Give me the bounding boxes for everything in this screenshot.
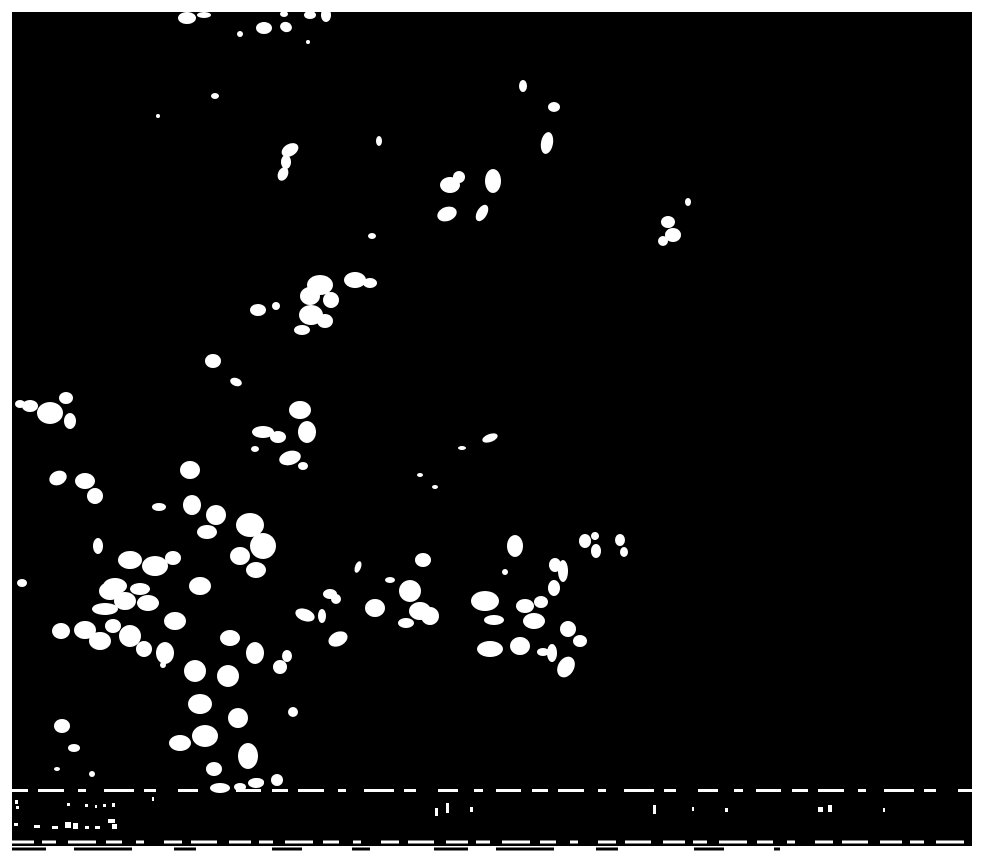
text-remnant-speck: [112, 824, 117, 829]
particle: [620, 547, 628, 557]
text-remnant-speck: [470, 807, 473, 812]
text-remnant-speck: [108, 819, 115, 823]
particle: [17, 579, 27, 587]
particle: [89, 632, 111, 650]
text-remnant-speck: [85, 826, 89, 829]
particle: [365, 599, 385, 617]
particle: [471, 591, 499, 611]
particle: [484, 615, 504, 625]
particle: [205, 354, 221, 368]
particle: [192, 725, 218, 747]
particle: [206, 762, 222, 776]
particle: [164, 612, 186, 630]
particle: [220, 630, 240, 646]
particle: [615, 534, 625, 546]
particle: [64, 413, 76, 429]
particle: [549, 558, 561, 572]
text-remnant-speck: [725, 808, 728, 812]
particle: [142, 556, 168, 576]
particle: [510, 637, 530, 655]
particle: [92, 603, 118, 615]
particle: [516, 599, 534, 613]
particle: [417, 473, 423, 477]
particle: [87, 488, 103, 504]
particle: [432, 485, 438, 489]
particle: [59, 392, 73, 404]
image-area: [12, 12, 972, 846]
particle: [399, 580, 421, 602]
particle: [477, 641, 503, 657]
text-remnant-speck: [112, 803, 115, 807]
text-remnant-speck: [653, 805, 656, 814]
particle: [548, 580, 560, 596]
particle: [523, 613, 545, 629]
particle: [188, 694, 212, 714]
particle: [658, 236, 668, 246]
particle: [419, 558, 429, 566]
particle: [298, 421, 316, 443]
particle: [137, 595, 159, 611]
particle: [37, 402, 63, 424]
particle: [317, 314, 333, 328]
particle: [118, 551, 142, 569]
particle: [280, 11, 288, 17]
text-remnant-speck: [34, 825, 40, 828]
text-remnant-speck: [152, 797, 154, 801]
particle: [579, 534, 591, 548]
particle: [228, 708, 248, 728]
text-remnant-speck: [65, 822, 71, 828]
particle: [197, 525, 217, 539]
particle: [271, 774, 283, 786]
particle: [591, 544, 601, 558]
particle: [534, 596, 548, 608]
particle: [519, 80, 527, 92]
particle: [169, 735, 191, 751]
micrograph-figure: [0, 0, 985, 859]
particle: [385, 577, 395, 583]
particle: [184, 660, 206, 682]
particle: [344, 272, 366, 288]
particle: [288, 707, 298, 717]
text-remnant-speck: [95, 805, 97, 808]
particle: [661, 216, 675, 228]
text-remnant-speck: [52, 826, 58, 829]
particle: [298, 462, 308, 470]
text-remnant-speck: [15, 800, 18, 804]
particle: [156, 114, 160, 118]
particle: [237, 31, 243, 37]
particle: [217, 665, 239, 687]
particle: [246, 642, 264, 664]
particle: [160, 662, 166, 668]
particle: [256, 22, 272, 34]
particle: [211, 93, 219, 99]
particle: [246, 562, 266, 578]
particle: [75, 473, 95, 489]
particle: [282, 650, 292, 662]
particle: [547, 644, 557, 662]
particle: [685, 198, 691, 206]
particle: [54, 767, 60, 771]
particle: [130, 583, 150, 595]
particle: [183, 495, 201, 515]
particle: [458, 446, 466, 450]
particle: [22, 400, 38, 412]
text-remnant-speck: [14, 823, 18, 826]
particle: [300, 287, 320, 305]
particle: [304, 11, 316, 19]
particle: [376, 136, 382, 146]
particle: [331, 594, 341, 604]
particle: [573, 635, 587, 647]
particle: [323, 292, 339, 308]
particle: [250, 778, 264, 786]
particle: [238, 743, 258, 769]
text-remnant-speck: [85, 804, 88, 807]
particle: [89, 771, 95, 777]
particle: [281, 155, 291, 169]
text-remnant-speck: [435, 808, 438, 816]
particle: [105, 619, 121, 633]
particle: [250, 304, 266, 316]
particle: [250, 533, 276, 559]
particle: [206, 505, 226, 525]
particle: [421, 607, 439, 625]
particle: [68, 744, 80, 752]
particle: [119, 625, 141, 647]
particle: [230, 547, 250, 565]
particle: [93, 538, 103, 554]
particle: [189, 577, 211, 595]
particle: [136, 641, 152, 657]
text-remnant-speck: [883, 808, 885, 812]
particle: [318, 609, 326, 623]
particle: [15, 400, 25, 408]
text-remnant-speck: [446, 803, 449, 813]
text-remnant-speck: [67, 803, 70, 806]
text-remnant-speck: [95, 826, 100, 829]
text-remnant-speck: [103, 804, 106, 807]
particle: [368, 233, 376, 239]
particle: [548, 102, 560, 112]
particle: [197, 12, 211, 18]
particle: [398, 618, 414, 628]
text-remnant-speck: [828, 805, 832, 812]
particle: [251, 446, 259, 452]
particle: [453, 171, 465, 183]
particle: [178, 12, 196, 24]
text-remnant-speck: [692, 807, 694, 811]
text-remnant-speck: [73, 823, 78, 829]
particle: [180, 461, 200, 479]
particle: [289, 401, 311, 419]
particle: [52, 623, 70, 639]
text-remnant-speck: [16, 806, 19, 809]
particle: [273, 660, 287, 674]
particle: [54, 719, 70, 733]
particle: [507, 535, 523, 557]
particle: [485, 169, 501, 193]
page: [0, 0, 985, 859]
particle: [306, 40, 310, 44]
particle: [165, 551, 181, 565]
particle: [363, 278, 377, 288]
particle: [560, 621, 576, 637]
text-remnant-speck: [818, 807, 823, 812]
particle: [272, 302, 280, 310]
particle: [152, 503, 166, 511]
particle: [321, 8, 331, 22]
particle: [156, 642, 174, 664]
particle: [294, 325, 310, 335]
particle: [270, 431, 286, 443]
particle: [502, 569, 508, 575]
